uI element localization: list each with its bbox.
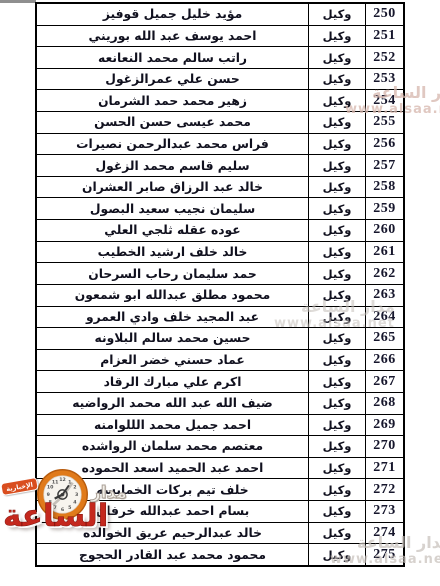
role-cell: وكيل	[308, 4, 366, 25]
role-cell: وكيل	[308, 371, 366, 392]
table-row: ضيف الله عبد الله محمد الرواضيه وكيل 268	[37, 393, 403, 415]
table-row: عماد حسني خضر العزام وكيل 266	[37, 350, 403, 372]
role-cell: وكيل	[308, 47, 366, 68]
agent-name-cell: بسام احمد عبدالله خرفان	[37, 501, 308, 522]
role-cell: وكيل	[308, 393, 366, 414]
role-cell: وكيل	[308, 112, 366, 133]
table-row: خالد خلف ارشيد الخطيب وكيل 261	[37, 242, 403, 264]
table-row: مؤيد خليل جميل قوفيز وكيل 250	[37, 4, 403, 26]
table-row: حسين محمد سالم البلاونه وكيل 265	[37, 328, 403, 350]
serial-number-cell: 274	[366, 523, 403, 544]
serial-number-cell: 265	[366, 328, 403, 349]
role-cell: وكيل	[308, 90, 366, 111]
agent-name-cell: محمد عيسى حسن الحسن	[37, 112, 308, 133]
agent-name-cell: مؤيد خليل جميل قوفيز	[37, 4, 308, 25]
serial-number-cell: 264	[366, 307, 403, 328]
agent-name-cell: حمد سليمان رحاب السرحان	[37, 263, 308, 284]
table-row: محمود مطلق عبدالله ابو شمعون وكيل 263	[37, 285, 403, 307]
agent-name-cell: احمد يوسف عبد الله بوريني	[37, 26, 308, 47]
table-row: معتصم محمد سلمان الرواشده وكيل 270	[37, 436, 403, 458]
agent-name-cell: عبد المجيد خلف وادي العمرو	[37, 307, 308, 328]
table-row: اكرم علي مبارك الرقاد وكيل 267	[37, 371, 403, 393]
table-row: سليمان نجيب سعيد البصول وكيل 259	[37, 198, 403, 220]
serial-number-cell: 257	[366, 155, 403, 176]
table-row: عبد المجيد خلف وادي العمرو وكيل 264	[37, 307, 403, 329]
agent-name-cell: عوده عقله ثلجي العلي	[37, 220, 308, 241]
serial-number-cell: 272	[366, 479, 403, 500]
agent-name-cell: عماد حسني خضر العزام	[37, 350, 308, 371]
role-cell: وكيل	[308, 458, 366, 479]
table-row: سليم قاسم محمد الزغول وكيل 257	[37, 155, 403, 177]
table-row: حسن علي عمرالزغول وكيل 253	[37, 69, 403, 91]
agent-name-cell: محمود محمد عبد القادر الحجوج	[37, 544, 308, 565]
serial-number-cell: 260	[366, 220, 403, 241]
table-row: محمود محمد عبد القادر الحجوج وكيل 275	[37, 544, 403, 565]
serial-number-cell: 256	[366, 134, 403, 155]
serial-number-cell: 263	[366, 285, 403, 306]
table-row: خالد عبد الرزاق صابر العشران وكيل 258	[37, 177, 403, 199]
agent-name-cell: حسين محمد سالم البلاونه	[37, 328, 308, 349]
role-cell: وكيل	[308, 26, 366, 47]
role-cell: وكيل	[308, 501, 366, 522]
table-row: احمد جميل محمد الللوامنه وكيل 269	[37, 415, 403, 437]
table-row: حمد سليمان رحاب السرحان وكيل 262	[37, 263, 403, 285]
table-row: زهير محمد حمد الشرمان وكيل 254	[37, 90, 403, 112]
agent-name-cell: خالد عبد الرزاق صابر العشران	[37, 177, 308, 198]
serial-number-cell: 269	[366, 415, 403, 436]
role-cell: وكيل	[308, 220, 366, 241]
logo-news-badge: الإخبارية	[0, 477, 39, 496]
table-row: احمد عبد الحميد اسعد الحموده وكيل 271	[37, 458, 403, 480]
table-row: بسام احمد عبدالله خرفان وكيل 273	[37, 501, 403, 523]
agent-name-cell: سليم قاسم محمد الزغول	[37, 155, 308, 176]
role-cell: وكيل	[308, 350, 366, 371]
serial-number-cell: 254	[366, 90, 403, 111]
serial-number-cell: 251	[366, 26, 403, 47]
agent-name-cell: فراس محمد عبدالرحمن نصيرات	[37, 134, 308, 155]
role-cell: وكيل	[308, 479, 366, 500]
role-cell: وكيل	[308, 69, 366, 90]
serial-number-cell: 268	[366, 393, 403, 414]
role-cell: وكيل	[308, 415, 366, 436]
serial-number-cell: 270	[366, 436, 403, 457]
role-cell: وكيل	[308, 523, 366, 544]
serial-number-cell: 275	[366, 544, 403, 565]
serial-number-cell: 255	[366, 112, 403, 133]
serial-number-cell: 267	[366, 371, 403, 392]
agent-name-cell: محمود مطلق عبدالله ابو شمعون	[37, 285, 308, 306]
role-cell: وكيل	[308, 436, 366, 457]
table-row: محمد عيسى حسن الحسن وكيل 255	[37, 112, 403, 134]
agent-name-cell: راتب سالم محمد النعانعه	[37, 47, 308, 68]
serial-number-cell: 273	[366, 501, 403, 522]
role-cell: وكيل	[308, 285, 366, 306]
serial-number-cell: 266	[366, 350, 403, 371]
agent-name-cell: سليمان نجيب سعيد البصول	[37, 198, 308, 219]
role-cell: وكيل	[308, 177, 366, 198]
serial-number-cell: 261	[366, 242, 403, 263]
scanned-document-page: مؤيد خليل جميل قوفيز وكيل 250 احمد يوسف …	[0, 0, 440, 586]
agent-name-cell: زهير محمد حمد الشرمان	[37, 90, 308, 111]
agent-name-cell: احمد جميل محمد الللوامنه	[37, 415, 308, 436]
table-row: خلف تيم بركات الخمايسه وكيل 272	[37, 479, 403, 501]
role-cell: وكيل	[308, 328, 366, 349]
table-row: راتب سالم محمد النعانعه وكيل 252	[37, 47, 403, 69]
table-row: عوده عقله ثلجي العلي وكيل 260	[37, 220, 403, 242]
agent-name-cell: احمد عبد الحميد اسعد الحموده	[37, 458, 308, 479]
agents-table: مؤيد خليل جميل قوفيز وكيل 250 احمد يوسف …	[35, 2, 405, 567]
table-row: خالد عبدالرحيم عريق الخوالده وكيل 274	[37, 523, 403, 545]
role-cell: وكيل	[308, 263, 366, 284]
role-cell: وكيل	[308, 155, 366, 176]
serial-number-cell: 253	[366, 69, 403, 90]
agent-name-cell: خالد خلف ارشيد الخطيب	[37, 242, 308, 263]
role-cell: وكيل	[308, 134, 366, 155]
agent-name-cell: اكرم علي مبارك الرقاد	[37, 371, 308, 392]
serial-number-cell: 250	[366, 4, 403, 25]
serial-number-cell: 259	[366, 198, 403, 219]
table-row: فراس محمد عبدالرحمن نصيرات وكيل 256	[37, 134, 403, 156]
table-row: احمد يوسف عبد الله بوريني وكيل 251	[37, 26, 403, 48]
agent-name-cell: خلف تيم بركات الخمايسه	[37, 479, 308, 500]
role-cell: وكيل	[308, 242, 366, 263]
agent-name-cell: ضيف الله عبد الله محمد الرواضيه	[37, 393, 308, 414]
agent-name-cell: حسن علي عمرالزغول	[37, 69, 308, 90]
serial-number-cell: 271	[366, 458, 403, 479]
serial-number-cell: 252	[366, 47, 403, 68]
serial-number-cell: 262	[366, 263, 403, 284]
role-cell: وكيل	[308, 198, 366, 219]
agent-name-cell: معتصم محمد سلمان الرواشده	[37, 436, 308, 457]
role-cell: وكيل	[308, 544, 366, 565]
role-cell: وكيل	[308, 307, 366, 328]
scan-artifact-strip	[0, 0, 36, 3]
serial-number-cell: 258	[366, 177, 403, 198]
agent-name-cell: خالد عبدالرحيم عريق الخوالده	[37, 523, 308, 544]
